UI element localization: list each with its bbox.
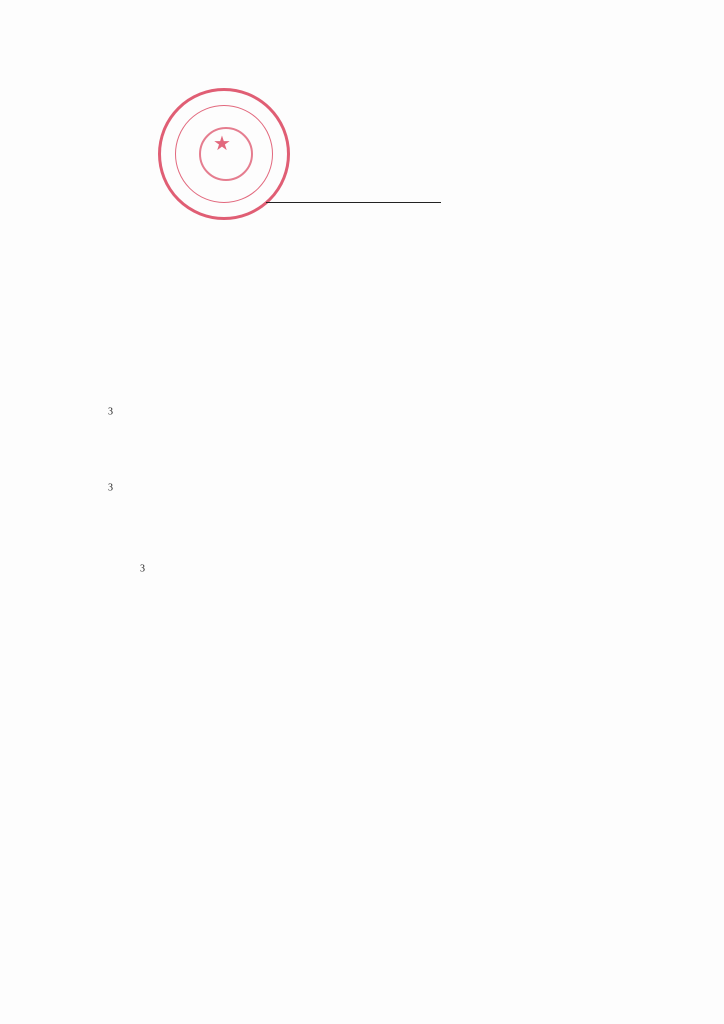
stream-1-line-2: 3 [108, 406, 113, 426]
title-divider [266, 202, 441, 203]
stream-2-line-2: 3 [108, 482, 113, 502]
star-icon: ★ [213, 131, 231, 155]
document-page: ★ 3 3 3 [0, 0, 724, 1024]
section-2-2: 3 [140, 563, 145, 583]
subtitle-line-1 [178, 141, 200, 161]
subtitle-line-2 [196, 163, 206, 183]
